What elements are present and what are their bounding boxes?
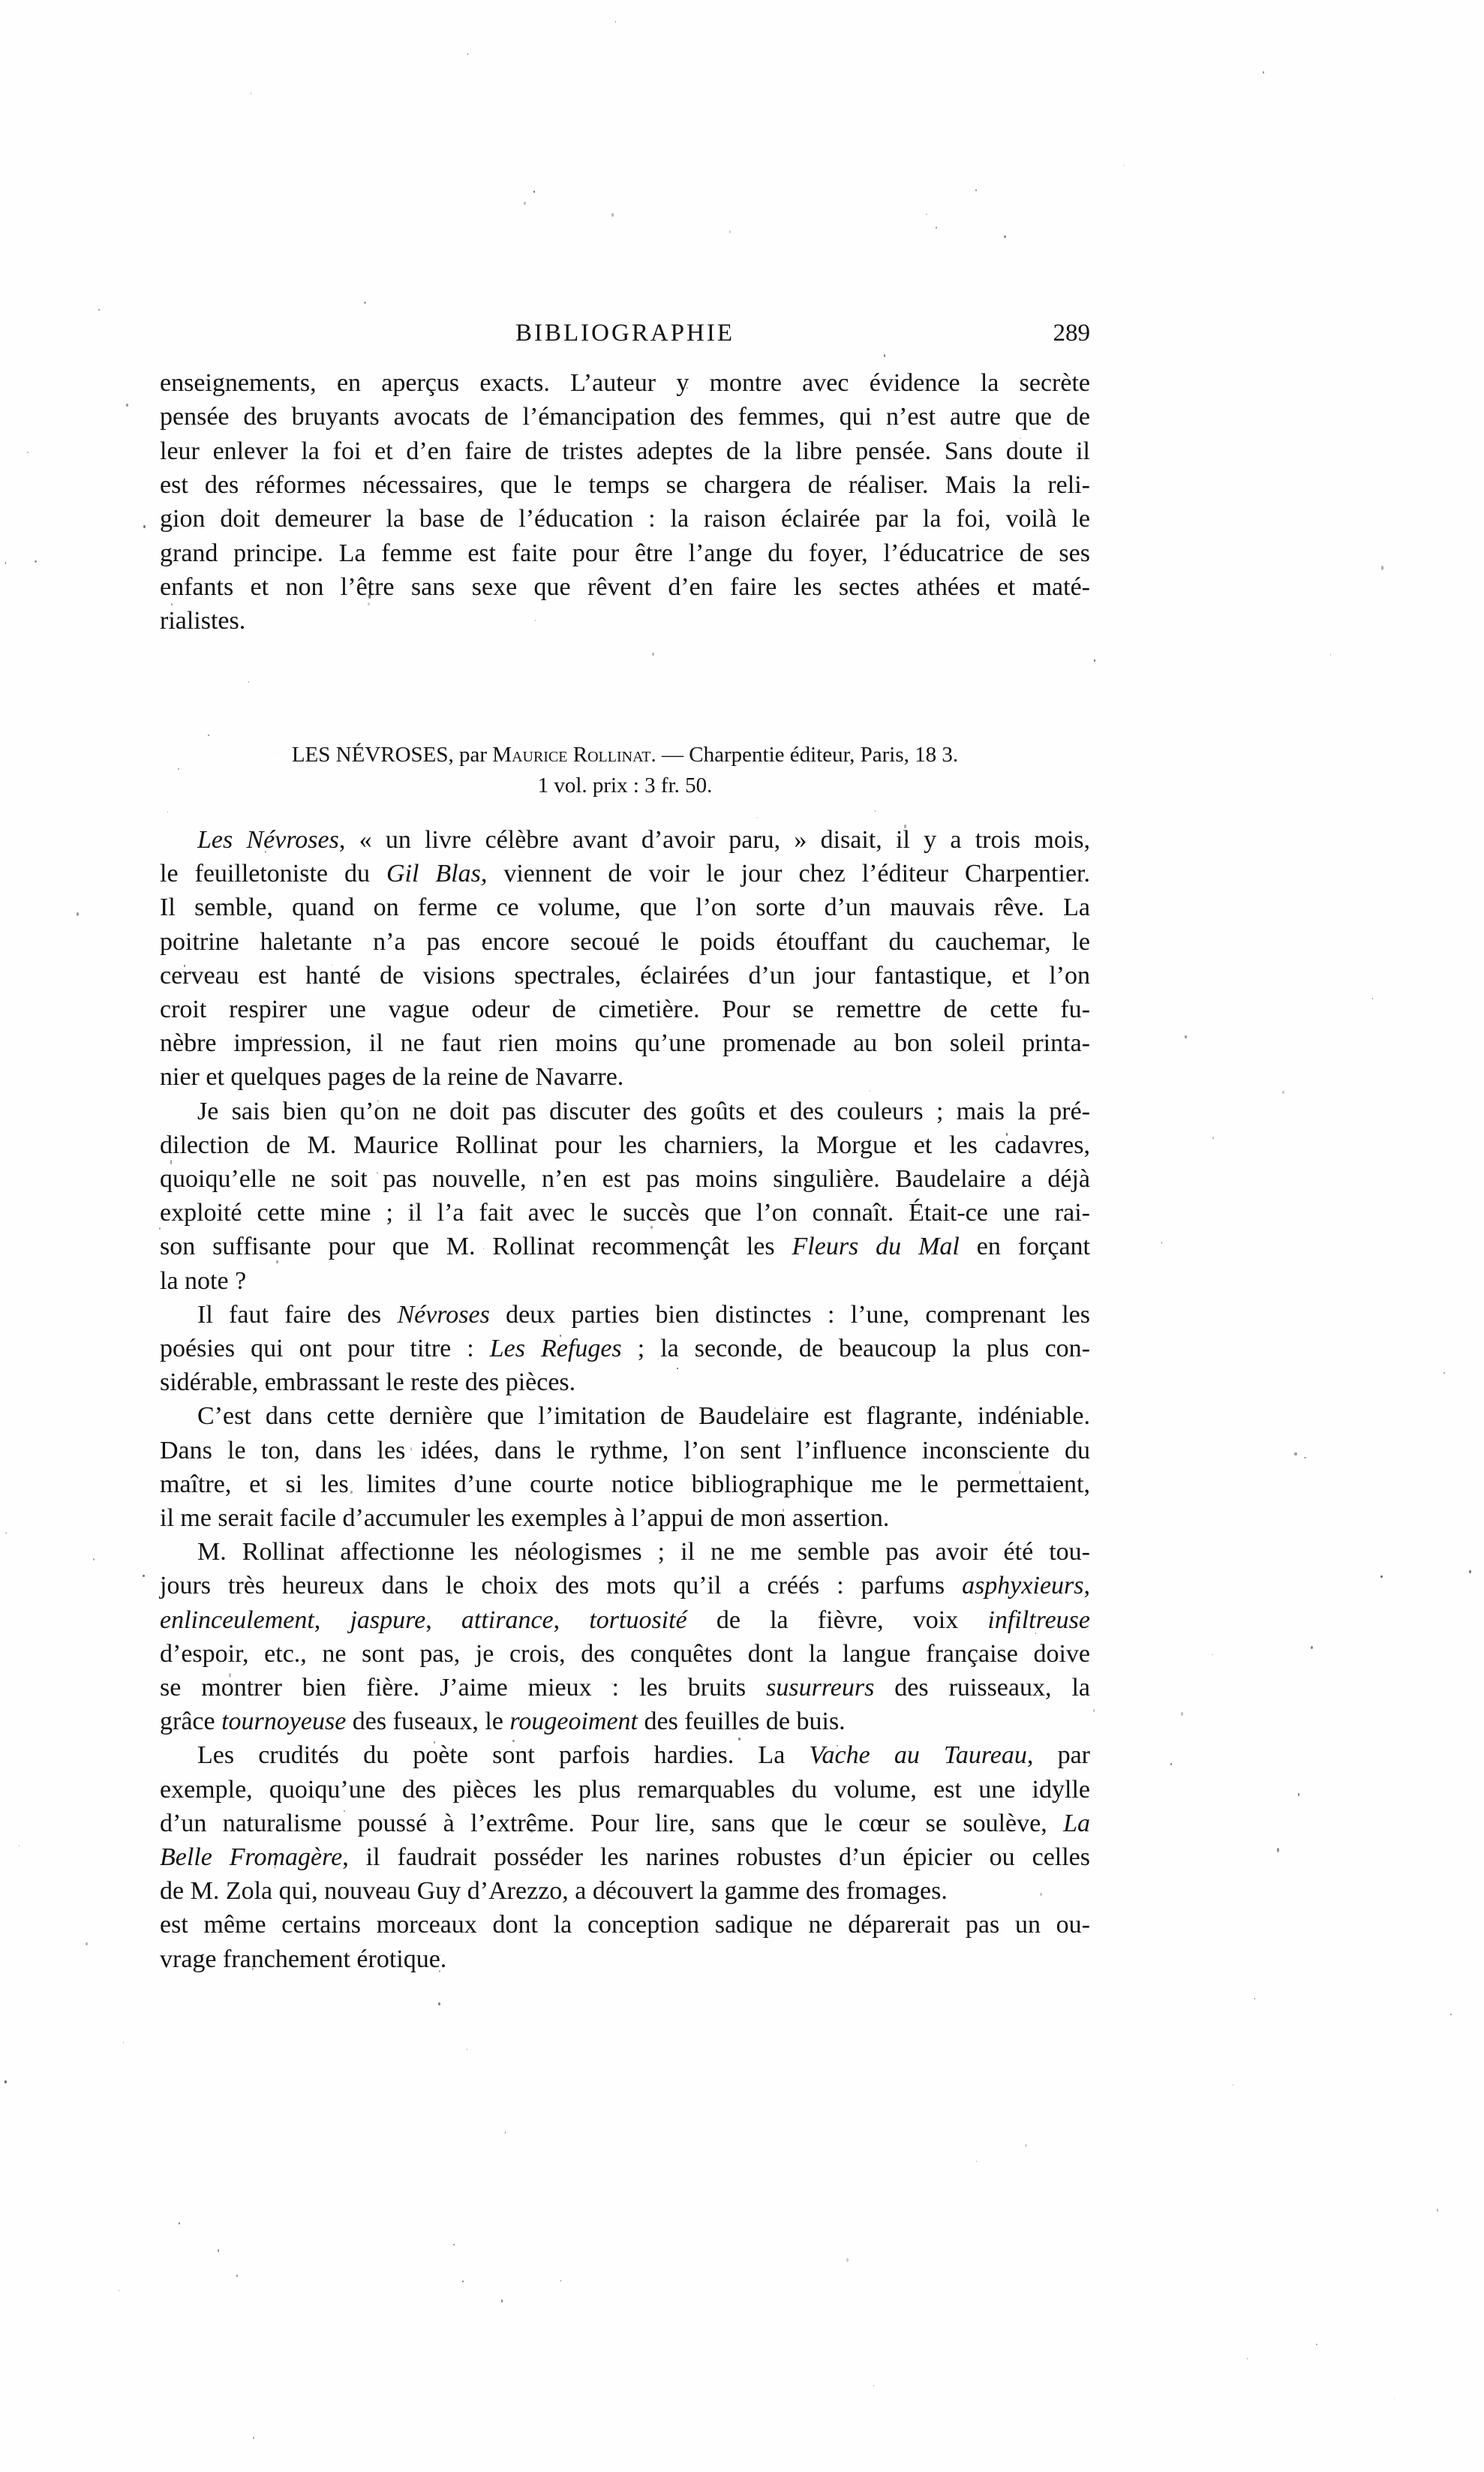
speck: [364, 302, 366, 304]
text-line: est même certains morceaux dont la conce…: [160, 1908, 1090, 1942]
speck: [501, 2299, 503, 2302]
speck: [533, 191, 535, 193]
speck: [143, 525, 145, 529]
text-line: maître, et si les limites d’une courte n…: [160, 1467, 1090, 1501]
italic-text: enlinceulement: [160, 1606, 314, 1634]
text-line: C’est dans cette dernière que l’imitatio…: [197, 1399, 1090, 1433]
speck: [434, 1741, 434, 1744]
speck: [93, 1558, 95, 1560]
speck: [1381, 566, 1383, 570]
speck: [179, 2222, 180, 2224]
text-run: M. Rollinat affectionne les néologismes …: [197, 1538, 1090, 1566]
text-line: leur enlever la foi et d’en faire de tri…: [160, 434, 1090, 468]
speck: [1372, 998, 1373, 999]
speck: [505, 2131, 506, 2134]
text-run: en forçant: [960, 1233, 1090, 1260]
text-line: quoiqu’elle ne soit pas nouvelle, n’en e…: [160, 1162, 1090, 1196]
speck: [27, 452, 29, 453]
speck: [875, 810, 876, 811]
speck: [438, 2002, 440, 2005]
text-run: exemple, quoiqu’une des pièces les plus …: [160, 1776, 1090, 1804]
by-label: par: [459, 743, 487, 767]
text-line: rialistes.: [160, 604, 1090, 638]
speck: [936, 227, 937, 229]
author-name: Maurice Rollinat.: [492, 743, 656, 767]
speck: [1094, 659, 1095, 662]
speck: [650, 1226, 653, 1229]
text-run: , il faudrait posséder les narines robus…: [342, 1843, 1090, 1871]
speck: [641, 1657, 642, 1659]
page-number: 289: [1053, 320, 1091, 347]
text-run: vrage franchement érotique.: [160, 1945, 446, 1973]
text-run: sidérable, embrassant le reste des pièce…: [160, 1368, 575, 1396]
speck: [253, 2437, 254, 2439]
speck: [940, 980, 942, 982]
italic-text: Gil Blas: [386, 860, 481, 888]
speck: [1304, 1457, 1305, 1458]
speck: [1316, 2344, 1317, 2345]
speck: [1020, 437, 1021, 439]
speck: [757, 817, 759, 818]
speck: [248, 681, 249, 683]
text-run: Dans le ton, dans les idées, dans le ryt…: [160, 1437, 1090, 1464]
speck: [234, 1386, 236, 1388]
text-run: , par: [1027, 1741, 1090, 1769]
italic-text: tournoyeuse: [221, 1708, 346, 1735]
text-line: croit respirer une vague odeur de cimeti…: [160, 993, 1090, 1026]
speck: [368, 594, 371, 598]
text-run: ,: [1084, 1572, 1091, 1599]
text-line: Les crudités du poète sont parfois hardi…: [197, 1738, 1090, 1772]
speck: [1026, 2144, 1027, 2147]
publisher-info: — Charpentie éditeur, Paris, 18 3.: [662, 743, 958, 767]
speck: [615, 21, 616, 23]
text-run: des fuseaux, le: [346, 1708, 509, 1735]
text-line: Belle Fromagère, il faudrait posséder le…: [160, 1840, 1090, 1874]
speck: [611, 1684, 612, 1684]
text-line: dilection de M. Maurice Rollinat pour le…: [160, 1128, 1090, 1162]
speck: [178, 768, 179, 770]
speck: [119, 2290, 120, 2291]
text-line: enlinceulement, jaspure, attirance, tort…: [160, 1603, 1090, 1637]
text-run: nèbre impression, il ne faut rien moins …: [160, 1029, 1090, 1057]
price-line: 1 vol. prix : 3 fr. 50.: [160, 770, 1090, 800]
speck: [35, 560, 37, 563]
speck: [5, 2080, 7, 2083]
text-run: de M. Zola qui, nouveau Guy d’Arezzo, a …: [160, 1877, 948, 1905]
text-run: de la fièvre, voix: [687, 1606, 988, 1634]
speck: [1298, 1793, 1300, 1796]
text-line: d’espoir, etc., ne sont pas, je crois, d…: [160, 1637, 1090, 1671]
text-run: grâce: [160, 1708, 221, 1735]
italic-text: asphyxieurs: [962, 1572, 1083, 1599]
speck: [167, 811, 168, 812]
text-run: la note ?: [160, 1267, 246, 1295]
speck: [332, 964, 332, 966]
text-run: ,: [314, 1606, 350, 1634]
speck: [1170, 1763, 1172, 1765]
text-line: le feuilletoniste du Gil Blas, viennent …: [160, 857, 1090, 891]
speck: [1212, 1137, 1214, 1140]
text-line: de M. Zola qui, nouveau Guy d’Arezzo, a …: [160, 1874, 1090, 1908]
speck: [1469, 1570, 1471, 1574]
text-line: exemple, quoiqu’une des pièces les plus …: [160, 1773, 1090, 1807]
text-line: cerveau est hanté de visions spectrales,…: [160, 959, 1090, 993]
italic-text: Les Névroses: [197, 826, 339, 854]
speck: [1254, 1998, 1255, 1999]
italic-text: Fleurs du Mal: [792, 1233, 960, 1260]
text-line: vrage franchement érotique.: [160, 1942, 1090, 1976]
text-line: grand principe. La femme est faite pour …: [160, 536, 1090, 570]
text-run: son suffisante pour que M. Rollinat reco…: [160, 1233, 792, 1260]
text-run: le feuilletoniste du: [160, 860, 386, 888]
speck: [904, 825, 906, 828]
speck: [846, 2258, 849, 2262]
text-line: la note ?: [160, 1264, 1090, 1298]
speck: [975, 189, 977, 191]
speck: [1181, 1712, 1183, 1716]
speck: [251, 92, 252, 95]
italic-text: attirance: [461, 1606, 554, 1634]
speck: [512, 1740, 515, 1742]
speck: [1380, 1575, 1383, 1578]
text-line: enfants et non l’être sans sexe que rêve…: [160, 570, 1090, 604]
text-line: jours très heureux dans le choix des mot…: [160, 1569, 1090, 1602]
speck: [377, 1172, 378, 1174]
italic-text: Vache au Taureau: [809, 1741, 1026, 1769]
speck: [208, 734, 209, 736]
text-line: nèbre impression, il ne faut rien moins …: [160, 1026, 1090, 1060]
speck: [1263, 71, 1263, 73]
speck: [229, 1673, 231, 1677]
speck: [1212, 1654, 1212, 1656]
speck: [668, 1792, 670, 1793]
text-line: son suffisante pour que M. Rollinat reco…: [160, 1230, 1090, 1263]
speck: [1294, 1452, 1296, 1456]
text-run: cerveau est hanté de visions spectrales,…: [160, 962, 1090, 990]
text-run: quoiqu’elle ne soit pas nouvelle, n’en e…: [160, 1165, 1090, 1193]
speck: [77, 912, 79, 916]
text-line: poésies qui ont pour titre : Les Refuges…: [160, 1332, 1090, 1365]
text-run: il me serait facile d’accumuler les exem…: [160, 1504, 889, 1532]
speck: [218, 2249, 219, 2251]
italic-text: Belle Fromagère: [160, 1843, 342, 1871]
text-line: M. Rollinat affectionne les néologismes …: [197, 1535, 1090, 1569]
text-line: Il semble, quand on ferme ce volume, que…: [160, 891, 1090, 924]
italic-text: rougeoiment: [509, 1708, 638, 1735]
text-run: ; la seconde, de beaucoup la plus con-: [622, 1335, 1090, 1362]
text-run: , viennent de voir le jour chez l’éditeu…: [481, 860, 1090, 888]
speck: [870, 1090, 870, 1091]
text-run: croit respirer une vague odeur de cimeti…: [160, 996, 1090, 1023]
speck: [1394, 2398, 1395, 2398]
text-run: nier et quelques pages de la reine de Na…: [160, 1063, 623, 1091]
italic-text: infiltreuse: [987, 1606, 1090, 1634]
speck: [1282, 1091, 1284, 1094]
text-line: sidérable, embrassant le reste des pièce…: [160, 1365, 1090, 1399]
italic-text: jaspure: [350, 1606, 425, 1634]
speck: [236, 2275, 238, 2276]
text-run: Il semble, quand on ferme ce volume, que…: [160, 894, 1090, 921]
speck: [1233, 2084, 1233, 2086]
speck: [1450, 2014, 1452, 2015]
speck: [143, 1575, 145, 1577]
speck: [126, 404, 128, 407]
speck: [86, 1942, 88, 1945]
text-line: se montrer bien fière. J’aime mieux : le…: [160, 1671, 1090, 1705]
speck: [1311, 1646, 1313, 1649]
text-line: Les Névroses, « un livre célèbre avant d…: [197, 823, 1090, 857]
text-run: jours très heureux dans le choix des mot…: [160, 1572, 962, 1599]
text-run: Les crudités du poète sont parfois hardi…: [197, 1741, 809, 1769]
text-line: Il faut faire des Névroses deux parties …: [197, 1298, 1090, 1332]
book-title: LES NÉVROSES,: [292, 743, 454, 767]
italic-text: susurreurs: [766, 1674, 874, 1702]
speck: [677, 1368, 677, 1369]
speck: [467, 53, 468, 55]
text-line: est des réformes nécessaires, que le tem…: [160, 468, 1090, 502]
italic-text: Les Refuges: [490, 1335, 622, 1362]
speck: [1330, 653, 1331, 655]
speck: [657, 1359, 658, 1360]
speck: [350, 1491, 353, 1494]
text-line: Dans le ton, dans les idées, dans le ryt…: [160, 1434, 1090, 1467]
speck: [1093, 1709, 1095, 1713]
italic-text: tortuosité: [589, 1606, 686, 1634]
speck: [524, 202, 526, 204]
speck: [1161, 1242, 1163, 1244]
speck: [652, 653, 654, 656]
speck: [1443, 1372, 1445, 1374]
text-run: dilection de M. Maurice Rollinat pour le…: [160, 1131, 1090, 1159]
speck: [19, 1846, 20, 1846]
text-run: poitrine haletante n’a pas encore secoué…: [160, 928, 1090, 956]
italic-text: Névroses: [397, 1301, 489, 1329]
text-run: des ruisseaux, la: [874, 1674, 1090, 1702]
speck: [1437, 2209, 1438, 2212]
text-run: est même certains morceaux dont la conce…: [160, 1911, 1090, 1939]
text-run: maître, et si les limites d’une courte n…: [160, 1470, 1090, 1498]
review-heading: LES NÉVROSES, par Maurice Rollinat. — Ch…: [160, 740, 1090, 770]
speck: [1185, 1035, 1187, 1038]
scanned-page: BIBLIOGRAPHIE 289 enseignements, en aper…: [0, 0, 1484, 2472]
text-run: ,: [425, 1606, 461, 1634]
text-run: poésies qui ont pour titre :: [160, 1335, 490, 1362]
speck: [611, 213, 614, 218]
text-line: il me serait facile d’accumuler les exem…: [160, 1501, 1090, 1535]
speck: [560, 2280, 561, 2281]
text-line: d’un naturalisme poussé à l’extrême. Pou…: [160, 1807, 1090, 1840]
text-run: d’un naturalisme poussé à l’extrême. Pou…: [160, 1810, 1063, 1837]
speck: [467, 2049, 467, 2050]
text-line: grâce tournoyeuse des fuseaux, le rougeo…: [160, 1705, 1090, 1738]
speck: [123, 2041, 124, 2044]
text-run: C’est dans cette dernière que l’imitatio…: [197, 1402, 1090, 1430]
speck: [453, 2244, 455, 2246]
text-run: Il faut faire des: [197, 1301, 397, 1329]
text-run: exploité cette mine ; il l’a fait avec l…: [160, 1199, 1090, 1227]
speck: [1247, 2358, 1248, 2359]
text-line: gion doit demeurer la base de l’éducatio…: [160, 502, 1090, 536]
running-title: BIBLIOGRAPHIE: [160, 320, 1090, 347]
speck: [1004, 236, 1005, 238]
speck: [462, 2281, 464, 2282]
text-line: pensée des bruyants avocats de l’émancip…: [160, 400, 1090, 434]
running-head: BIBLIOGRAPHIE 289: [160, 320, 1090, 353]
speck: [926, 214, 927, 215]
text-line: nier et quelques pages de la reine de Na…: [160, 1060, 1090, 1094]
speck: [98, 309, 100, 311]
text-run: d’espoir, etc., ne sont pas, je crois, d…: [160, 1640, 1090, 1668]
text-line: exploité cette mine ; il l’a fait avec l…: [160, 1196, 1090, 1230]
speck: [202, 554, 204, 557]
speck: [976, 2161, 978, 2163]
speck: [379, 1521, 380, 1523]
speck: [439, 1970, 440, 1972]
text-run: deux parties bien distinctes : l’une, co…: [490, 1301, 1090, 1329]
speck: [873, 2385, 874, 2386]
speck: [765, 1888, 768, 1891]
text-run: des feuilles de buis.: [638, 1708, 846, 1735]
speck: [274, 1865, 275, 1869]
speck: [1124, 165, 1125, 167]
text-run: Je sais bien qu’on ne doit pas discuter …: [197, 1098, 1090, 1125]
speck: [1277, 1848, 1279, 1852]
text-run: ,: [554, 1606, 590, 1634]
italic-text: La: [1063, 1810, 1090, 1837]
text-run: se montrer bien fière. J’aime mieux : le…: [160, 1674, 766, 1702]
text-line: enseignements, en aperçus exacts. L’aute…: [160, 366, 1090, 400]
speck: [5, 562, 7, 564]
speck: [277, 752, 278, 752]
speck: [884, 354, 885, 356]
speck: [5, 1532, 7, 1534]
text-line: Je sais bien qu’on ne doit pas discuter …: [197, 1095, 1090, 1128]
speck: [729, 230, 731, 233]
speck: [276, 1260, 278, 1263]
speck: [530, 1829, 533, 1833]
speck: [577, 455, 578, 456]
text-run: , « un livre célèbre avant d’avoir paru,…: [339, 826, 1090, 854]
text-line: poitrine haletante n’a pas encore secoué…: [160, 925, 1090, 959]
